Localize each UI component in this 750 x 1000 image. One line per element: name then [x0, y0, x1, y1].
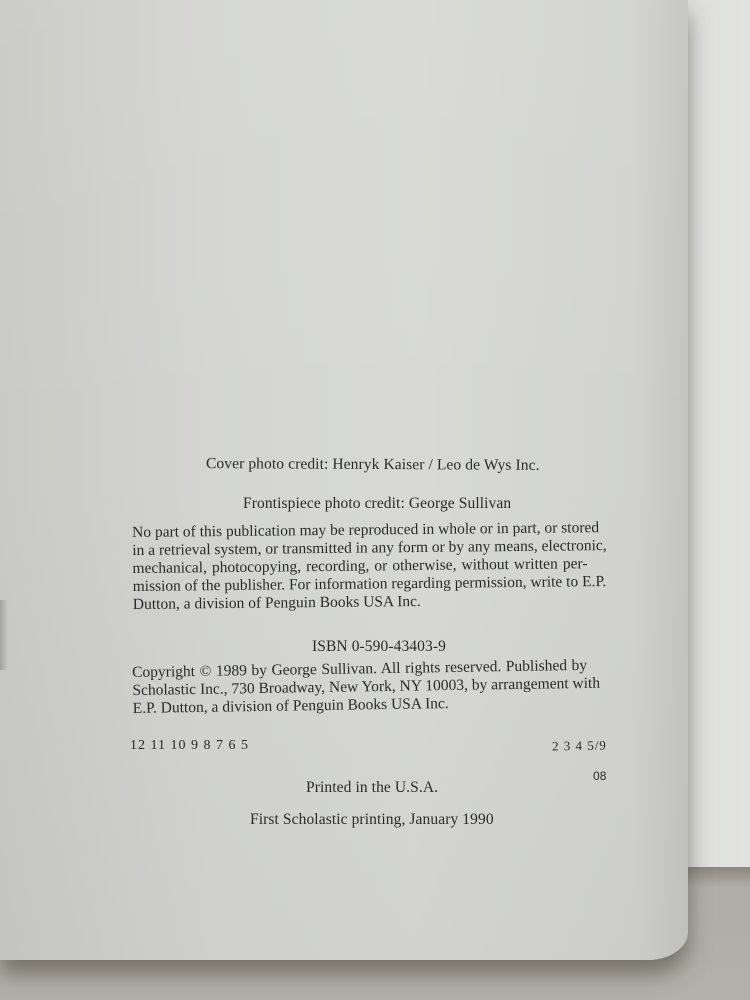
cover-photo-credit: Cover photo credit: Henryk Kaiser / Leo … [206, 454, 540, 476]
isbn: ISBN 0-590-43403-9 [312, 637, 446, 657]
printer-line-right: 2 3 4 5/9 [552, 736, 607, 757]
printer-line-left: 12 11 10 9 8 7 6 5 [130, 736, 249, 756]
copyright-notice: Copyright © 1989 by George Sullivan. All… [132, 657, 588, 718]
frontispiece-photo-credit: Frontispiece photo credit: George Sulliv… [243, 494, 511, 514]
printer-code: 08 [593, 766, 607, 786]
rights-notice: No part of this publication may be repro… [132, 519, 588, 614]
back-page-shadow [680, 867, 750, 887]
first-printing: First Scholastic printing, January 1990 [250, 810, 494, 830]
thumb-shadow [0, 600, 8, 670]
printed-in: Printed in the U.S.A. [306, 778, 438, 798]
